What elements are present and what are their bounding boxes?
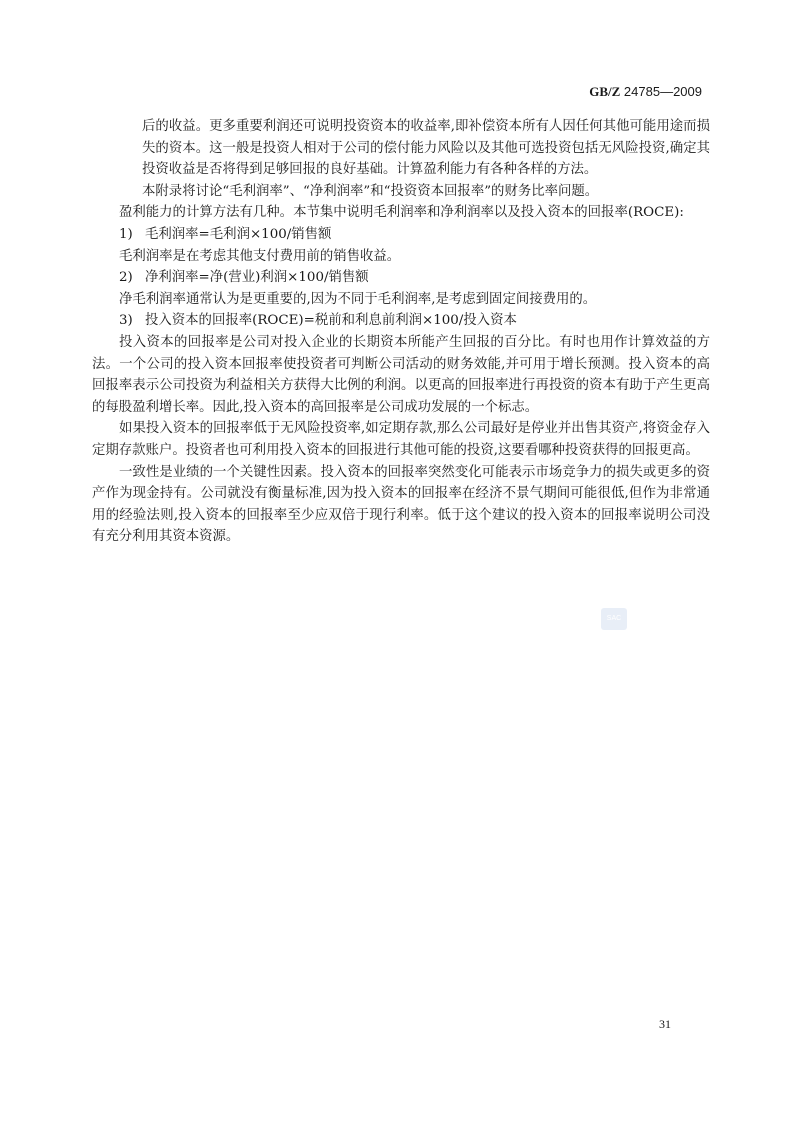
intro-paragraph: 盈利能力的计算方法有几种。本节集中说明毛利润率和净利润率以及投入资本的回报率(R… xyxy=(92,202,710,224)
appendix-scope-paragraph: 本附录将讨论“毛利润率”、“净利润率”和“投资资本回报率”的财务比率问题。 xyxy=(142,181,710,203)
formula-text: 投入资本的回报率(ROCE)=税前和利息前利润×100/投入资本 xyxy=(145,313,517,328)
formula-text: 毛利润率=毛利润×100/销售额 xyxy=(145,227,331,242)
body-paragraph: 投入资本的回报率是公司对投入企业的长期资本所能产生回报的百分比。有时也用作计算效… xyxy=(92,332,710,418)
formula-explanation: 净毛利润率通常认为是更重要的,因为不同于毛利润率,是考虑到固定间接费用的。 xyxy=(92,289,710,311)
formula-number: 2) xyxy=(119,267,145,289)
watermark-logo: SAC xyxy=(601,608,627,630)
standard-code-header: GB/Z 24785—2009 xyxy=(589,84,702,100)
page-number: 31 xyxy=(659,1017,671,1032)
formula-net-margin: 2)净利润率=净(营业)利润×100/销售额 xyxy=(92,267,710,289)
formula-gross-margin: 1)毛利润率=毛利润×100/销售额 xyxy=(92,224,710,246)
page-body: 后的收益。更多重要利润还可说明投资资本的收益率,即补偿资本所有人因任何其他可能用… xyxy=(92,116,710,548)
formula-text: 净利润率=净(营业)利润×100/销售额 xyxy=(145,270,369,285)
formula-roce: 3)投入资本的回报率(ROCE)=税前和利息前利润×100/投入资本 xyxy=(92,310,710,332)
continued-indented-block: 后的收益。更多重要利润还可说明投资资本的收益率,即补偿资本所有人因任何其他可能用… xyxy=(92,116,710,202)
formula-number: 3) xyxy=(119,310,145,332)
continued-paragraph: 后的收益。更多重要利润还可说明投资资本的收益率,即补偿资本所有人因任何其他可能用… xyxy=(142,116,710,181)
body-paragraph: 如果投入资本的回报率低于无风险投资率,如定期存款,那么公司最好是停业并出售其资产… xyxy=(92,418,710,461)
body-paragraph: 一致性是业绩的一个关键性因素。投入资本的回报率突然变化可能表示市场竞争力的损失或… xyxy=(92,462,710,548)
formula-number: 1) xyxy=(119,224,145,246)
standard-prefix: GB/Z xyxy=(589,84,620,99)
standard-number: 24785—2009 xyxy=(620,84,702,99)
formula-explanation: 毛利润率是在考虑其他支付费用前的销售收益。 xyxy=(92,246,710,268)
